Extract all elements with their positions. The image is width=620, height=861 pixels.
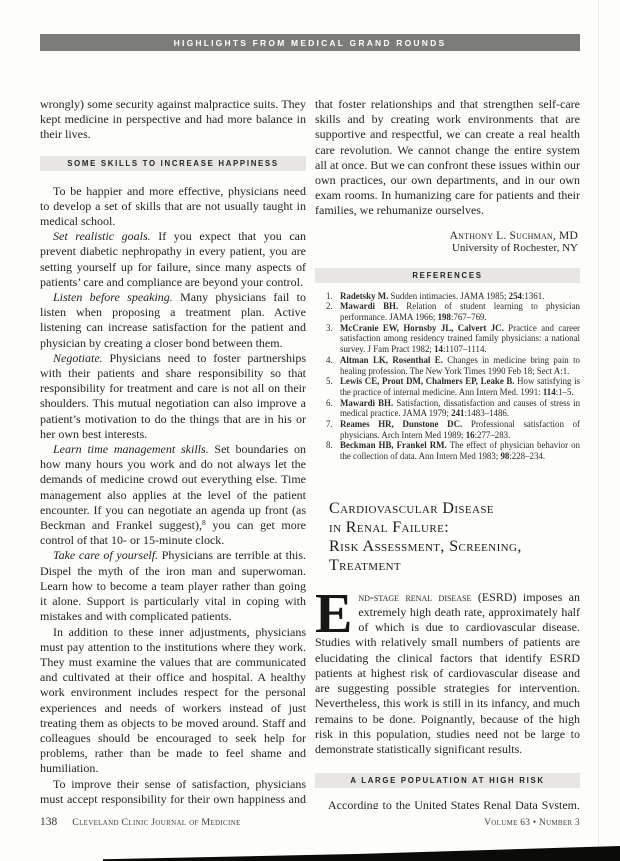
paragraph-lead: Learn time management skills. (53, 442, 209, 456)
reference-item: 3. McCranie EW, Hornsby JL, Calvert JC. … (326, 323, 580, 355)
reference-pages: :767–769. (451, 312, 487, 322)
paragraph-text: To be happier and more effective, physic… (40, 184, 306, 228)
banner-title: HIGHLIGHTS FROM MEDICAL GRAND ROUNDS (174, 38, 447, 48)
opening-smallcaps: nd-stage renal disease (358, 590, 471, 604)
scan-edge-artifact (103, 844, 620, 861)
reference-pages: :1361. (522, 291, 544, 301)
reference-pages: :1483–1486. (464, 408, 509, 418)
reference-authors: Mawardi BH. (340, 301, 398, 311)
reference-authors: Beckman HB, Frankel RM. (340, 440, 447, 450)
paragraph: To improve their sense of satisfaction, … (40, 777, 306, 809)
article-title-line: in Renal Failure: (329, 518, 580, 537)
reference-volume: 98 (500, 451, 509, 461)
reference-number: 4. (326, 355, 340, 376)
article-title-line: Cardiovascular Disease (329, 499, 580, 518)
skills-heading: SOME SKILLS TO INCREASE HAPPINESS (67, 159, 279, 168)
page-number: 138 (40, 816, 57, 828)
risk-heading-bar: A LARGE POPULATION AT HIGH RISK (315, 773, 580, 788)
reference-volume: 198 (438, 312, 451, 322)
byline: Anthony L. Suchman, MD University of Roc… (315, 230, 580, 255)
journal-page-scan: { "banner": { "title": "HIGHLIGHTS FROM … (0, 0, 620, 861)
reference-body: Altman LK, Rosenthal E. Changes in medic… (340, 355, 580, 376)
author-name: Anthony L. Suchman, MD (315, 230, 578, 242)
paragraph: To be happier and more effective, physic… (40, 184, 306, 230)
paragraph: Take care of yourself. Physicians are te… (40, 548, 306, 624)
reference-item: 1. Radetsky M. Sudden intimacies. JAMA 1… (326, 291, 580, 302)
paragraph-lead: Listen before speaking. (53, 290, 173, 304)
reference-authors: Lewis CE, Prout DM, Chalmers EP, Leake B… (340, 376, 515, 386)
reference-list: 1. Radetsky M. Sudden intimacies. JAMA 1… (315, 291, 580, 462)
reference-item: 2. Mawardi BH. Relation of student learn… (326, 301, 580, 322)
reference-pages: :1–5. (556, 387, 574, 397)
journal-name: Cleveland Clinic Journal of Medicine (72, 817, 240, 828)
reference-number: 5. (326, 376, 340, 397)
reference-number: 6. (326, 398, 340, 419)
reference-text: Sudden intimacies. JAMA 1985; (388, 291, 508, 301)
skills-heading-bar: SOME SKILLS TO INCREASE HAPPINESS (40, 156, 306, 171)
reference-body: McCranie EW, Hornsby JL, Calvert JC. Pra… (340, 323, 580, 355)
reference-item: 6. Mawardi BH. Satisfaction, dissatisfac… (326, 398, 580, 419)
reference-number: 7. (326, 419, 340, 440)
reference-volume: 14 (434, 344, 443, 354)
reference-volume: 254 (509, 291, 522, 301)
references-heading-bar: REFERENCES (315, 268, 580, 283)
page-footer: 138 Cleveland Clinic Journal of Medicine… (40, 816, 580, 832)
reference-number: 1. (326, 291, 340, 302)
reference-item: 7. Reames HR, Dunstone DC. Professional … (326, 419, 580, 440)
paragraph-lead: Set realistic goals. (53, 229, 151, 243)
risk-paragraph: According to the United States Renal Dat… (315, 798, 580, 809)
article-opening-paragraph: End-stage renal disease (ESRD) imposes a… (315, 590, 580, 757)
references-heading: REFERENCES (412, 271, 482, 280)
right-column: that foster relationships and that stren… (315, 97, 580, 809)
reference-body: Beckman HB, Frankel RM. The effect of ph… (340, 440, 580, 461)
left-column: wrongly) some security against malpracti… (40, 97, 306, 809)
reference-body: Mawardi BH. Satisfaction, dissatisfactio… (340, 398, 580, 419)
reference-number: 2. (326, 301, 340, 322)
section-banner: HIGHLIGHTS FROM MEDICAL GRAND ROUNDS (40, 34, 580, 51)
continuation-paragraph: that foster relationships and that stren… (315, 97, 580, 219)
paragraph-lead: Negotiate. (53, 351, 103, 365)
reference-pages: :1107–1114. (443, 344, 487, 354)
skills-paragraph-list: To be happier and more effective, physic… (40, 184, 306, 809)
issue-label: Volume 63 • Number 3 (484, 818, 580, 828)
reference-item: 4. Altman LK, Rosenthal E. Changes in me… (326, 355, 580, 376)
reference-item: 8. Beckman HB, Frankel RM. The effect of… (326, 440, 580, 461)
paragraph: In addition to these inner adjustments, … (40, 625, 306, 777)
article-title: Cardiovascular Disease in Renal Failure:… (329, 499, 580, 575)
reference-item: 5. Lewis CE, Prout DM, Chalmers EP, Leak… (326, 376, 580, 397)
article-title-line: Risk Assessment, Screening, (329, 537, 580, 556)
reference-authors: Reames HR, Dunstone DC. (340, 419, 462, 429)
paragraph: Negotiate. Physicians need to foster par… (40, 351, 306, 442)
article-title-line: Treatment (329, 556, 580, 575)
paragraph-text: To improve their sense of satisfaction, … (40, 777, 306, 809)
paragraph: Listen before speaking. Many physicians … (40, 290, 306, 351)
intro-paragraph: wrongly) some security against malpracti… (40, 97, 306, 143)
reference-body: Lewis CE, Prout DM, Chalmers EP, Leake B… (340, 376, 580, 397)
reference-authors: Mawardi BH. (340, 398, 393, 408)
reference-number: 3. (326, 323, 340, 355)
reference-authors: Radetsky M. (340, 291, 388, 301)
reference-body: Radetsky M. Sudden intimacies. JAMA 1985… (340, 291, 580, 302)
paragraph-lead: Take care of yourself. (53, 548, 158, 562)
risk-heading: A LARGE POPULATION AT HIGH RISK (350, 776, 544, 785)
paragraph: Set realistic goals. If you expect that … (40, 229, 306, 290)
reference-body: Reames HR, Dunstone DC. Professional sat… (340, 419, 580, 440)
drop-cap: E (315, 590, 358, 635)
reference-number: 8. (326, 440, 340, 461)
reference-body: Mawardi BH. Relation of student learning… (340, 301, 580, 322)
author-affiliation: University of Rochester, NY (315, 242, 578, 255)
paragraph-text: In addition to these inner adjustments, … (40, 625, 306, 776)
reference-pages: :277–283. (475, 430, 511, 440)
scan-edge-line (598, 0, 599, 861)
reference-volume: 241 (451, 408, 464, 418)
reference-authors: McCranie EW, Hornsby JL, Calvert JC. (340, 323, 504, 333)
reference-authors: Altman LK, Rosenthal E. (340, 355, 443, 365)
paragraph: Learn time management skills. Set bounda… (40, 442, 306, 548)
reference-volume: 16 (466, 430, 475, 440)
reference-volume: 114 (543, 387, 556, 397)
reference-pages: :228–234. (509, 451, 545, 461)
